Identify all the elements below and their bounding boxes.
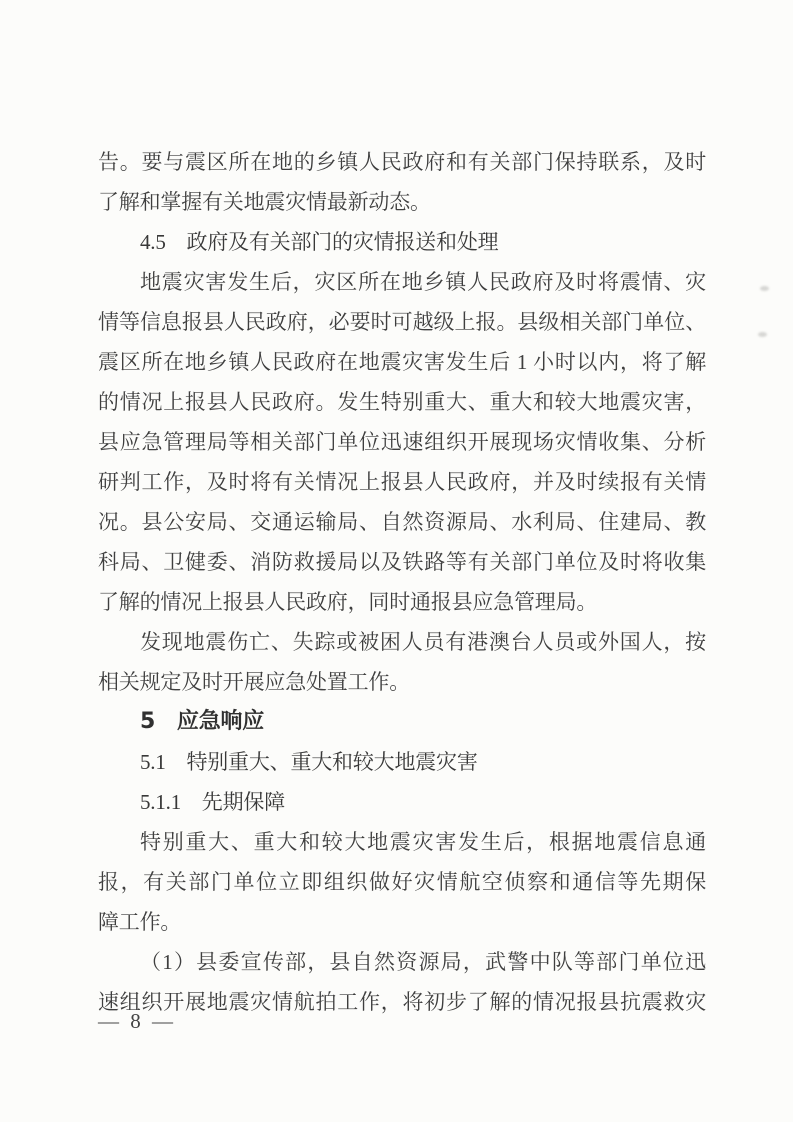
scan-artifact [758, 332, 767, 337]
body-line: 震区所在地乡镇人民政府在地震灾害发生后 1 小时以内，将了解 [98, 342, 706, 382]
body-line: 特别重大、重大和较大地震灾害发生后，根据地震信息通 [98, 822, 706, 862]
body-line: 发现地震伤亡、失踪或被困人员有港澳台人员或外国人，按 [98, 622, 706, 662]
body-line: 障工作。 [98, 902, 706, 942]
body-line: 研判工作，及时将有关情况上报县人民政府，并及时续报有关情 [98, 462, 706, 502]
section-heading-5: 5 应急响应 [98, 702, 706, 742]
body-line: 了解和掌握有关地震灾情最新动态。 [98, 182, 706, 222]
body-line: 科局、卫健委、消防救援局以及铁路等有关部门单位及时将收集 [98, 542, 706, 582]
document-page: 告。要与震区所在地的乡镇人民政府和有关部门保持联系，及时 了解和掌握有关地震灾情… [0, 0, 793, 1122]
body-line: 了解的情况上报县人民政府，同时通报县应急管理局。 [98, 582, 706, 622]
section-heading-5-1-1: 5.1.1 先期保障 [98, 782, 706, 822]
body-line: 报，有关部门单位立即组织做好灾情航空侦察和通信等先期保 [98, 862, 706, 902]
body-line: 况。县公安局、交通运输局、自然资源局、水利局、住建局、教 [98, 502, 706, 542]
body-line: 地震灾害发生后，灾区所在地乡镇人民政府及时将震情、灾 [98, 262, 706, 302]
section-heading-5-1: 5.1 特别重大、重大和较大地震灾害 [98, 742, 706, 782]
body-line: 告。要与震区所在地的乡镇人民政府和有关部门保持联系，及时 [98, 142, 706, 182]
body-line: 县应急管理局等相关部门单位迅速组织开展现场灾情收集、分析 [98, 422, 706, 462]
body-line: 速组织开展地震灾情航拍工作，将初步了解的情况报县抗震救灾 [98, 982, 706, 1022]
document-text-block: 告。要与震区所在地的乡镇人民政府和有关部门保持联系，及时 了解和掌握有关地震灾情… [98, 142, 706, 1022]
section-heading-4-5: 4.5 政府及有关部门的灾情报送和处理 [98, 222, 706, 262]
scan-artifact [760, 286, 769, 291]
body-line: 的情况上报县人民政府。发生特别重大、重大和较大地震灾害， [98, 382, 706, 422]
page-number: — 8 — [98, 1006, 176, 1036]
body-line: 情等信息报县人民政府，必要时可越级上报。县级相关部门单位、 [98, 302, 706, 342]
body-line: 相关规定及时开展应急处置工作。 [98, 662, 706, 702]
body-line: （1）县委宣传部，县自然资源局，武警中队等部门单位迅 [98, 942, 706, 982]
